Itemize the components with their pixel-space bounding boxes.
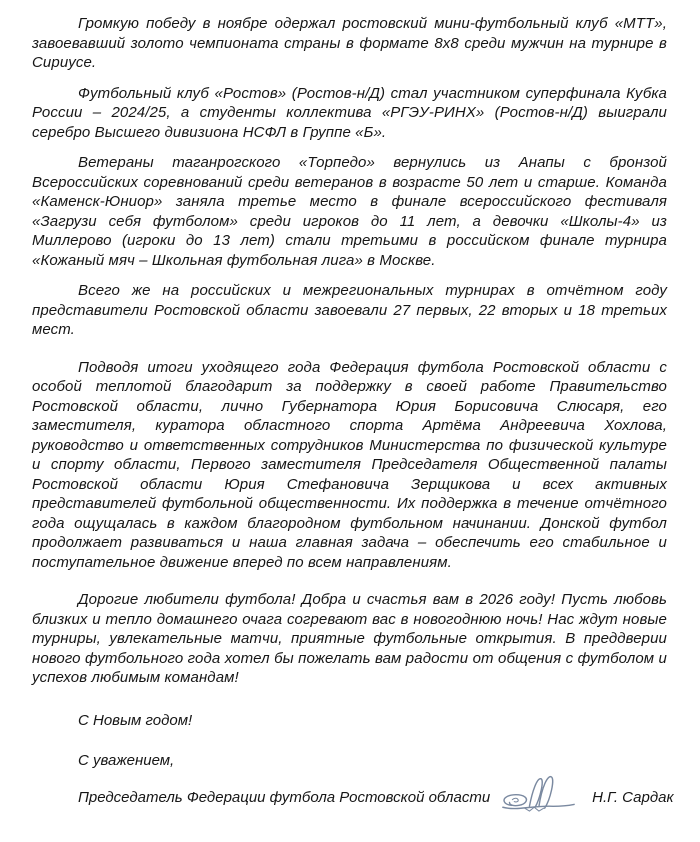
paragraph-veterans-youth: Ветераны таганрогского «Торпедо» вернули…	[32, 153, 667, 270]
regards-line: С уважением,	[32, 751, 667, 771]
signature-row: Председатель Федерации футбола Ростовско…	[32, 788, 667, 808]
paragraph-gratitude: Подводя итоги уходящего года Федерация ф…	[32, 358, 667, 573]
signatory-name: Н.Г. Сардак	[592, 788, 673, 808]
handwritten-signature-icon	[500, 770, 576, 816]
letter-page: Громкую победу в ноябре одержал ростовск…	[0, 0, 700, 842]
paragraph-mtt-victory: Громкую победу в ноябре одержал ростовск…	[32, 14, 667, 73]
paragraph-wishes: Дорогие любители футбола! Добра и счасть…	[32, 590, 667, 688]
signatory-title: Председатель Федерации футбола Ростовско…	[78, 788, 490, 808]
new-year-greeting: С Новым годом!	[32, 711, 667, 731]
paragraph-fc-rostov: Футбольный клуб «Ростов» (Ростов-н/Д) ст…	[32, 84, 667, 143]
paragraph-totals: Всего же на российских и межрегиональных…	[32, 281, 667, 340]
